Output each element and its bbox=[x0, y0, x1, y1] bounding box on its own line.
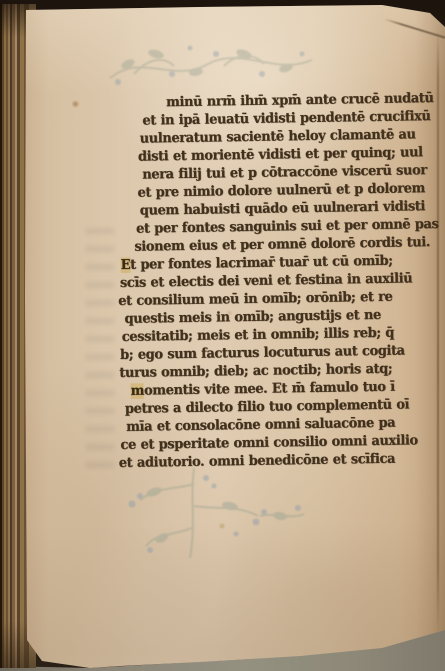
text-block: minū nrm̄ ihm̄ xpm̄ ante crucē nudatū et… bbox=[110, 90, 436, 473]
parchment-page: minū nrm̄ ihm̄ xpm̄ ante crucē nudatū et… bbox=[0, 0, 445, 671]
text-showthrough-smudge bbox=[86, 228, 114, 472]
manuscript-photo: minū nrm̄ ihm̄ xpm̄ ante crucē nudatū et… bbox=[0, 0, 445, 671]
fore-edge-leaf-line bbox=[437, 30, 440, 637]
floral-showthrough-bottom-icon bbox=[110, 466, 315, 562]
rust-stain bbox=[71, 100, 80, 108]
manuscript-line: et adiutorio. omni benedicōne et scīfica bbox=[116, 450, 436, 474]
